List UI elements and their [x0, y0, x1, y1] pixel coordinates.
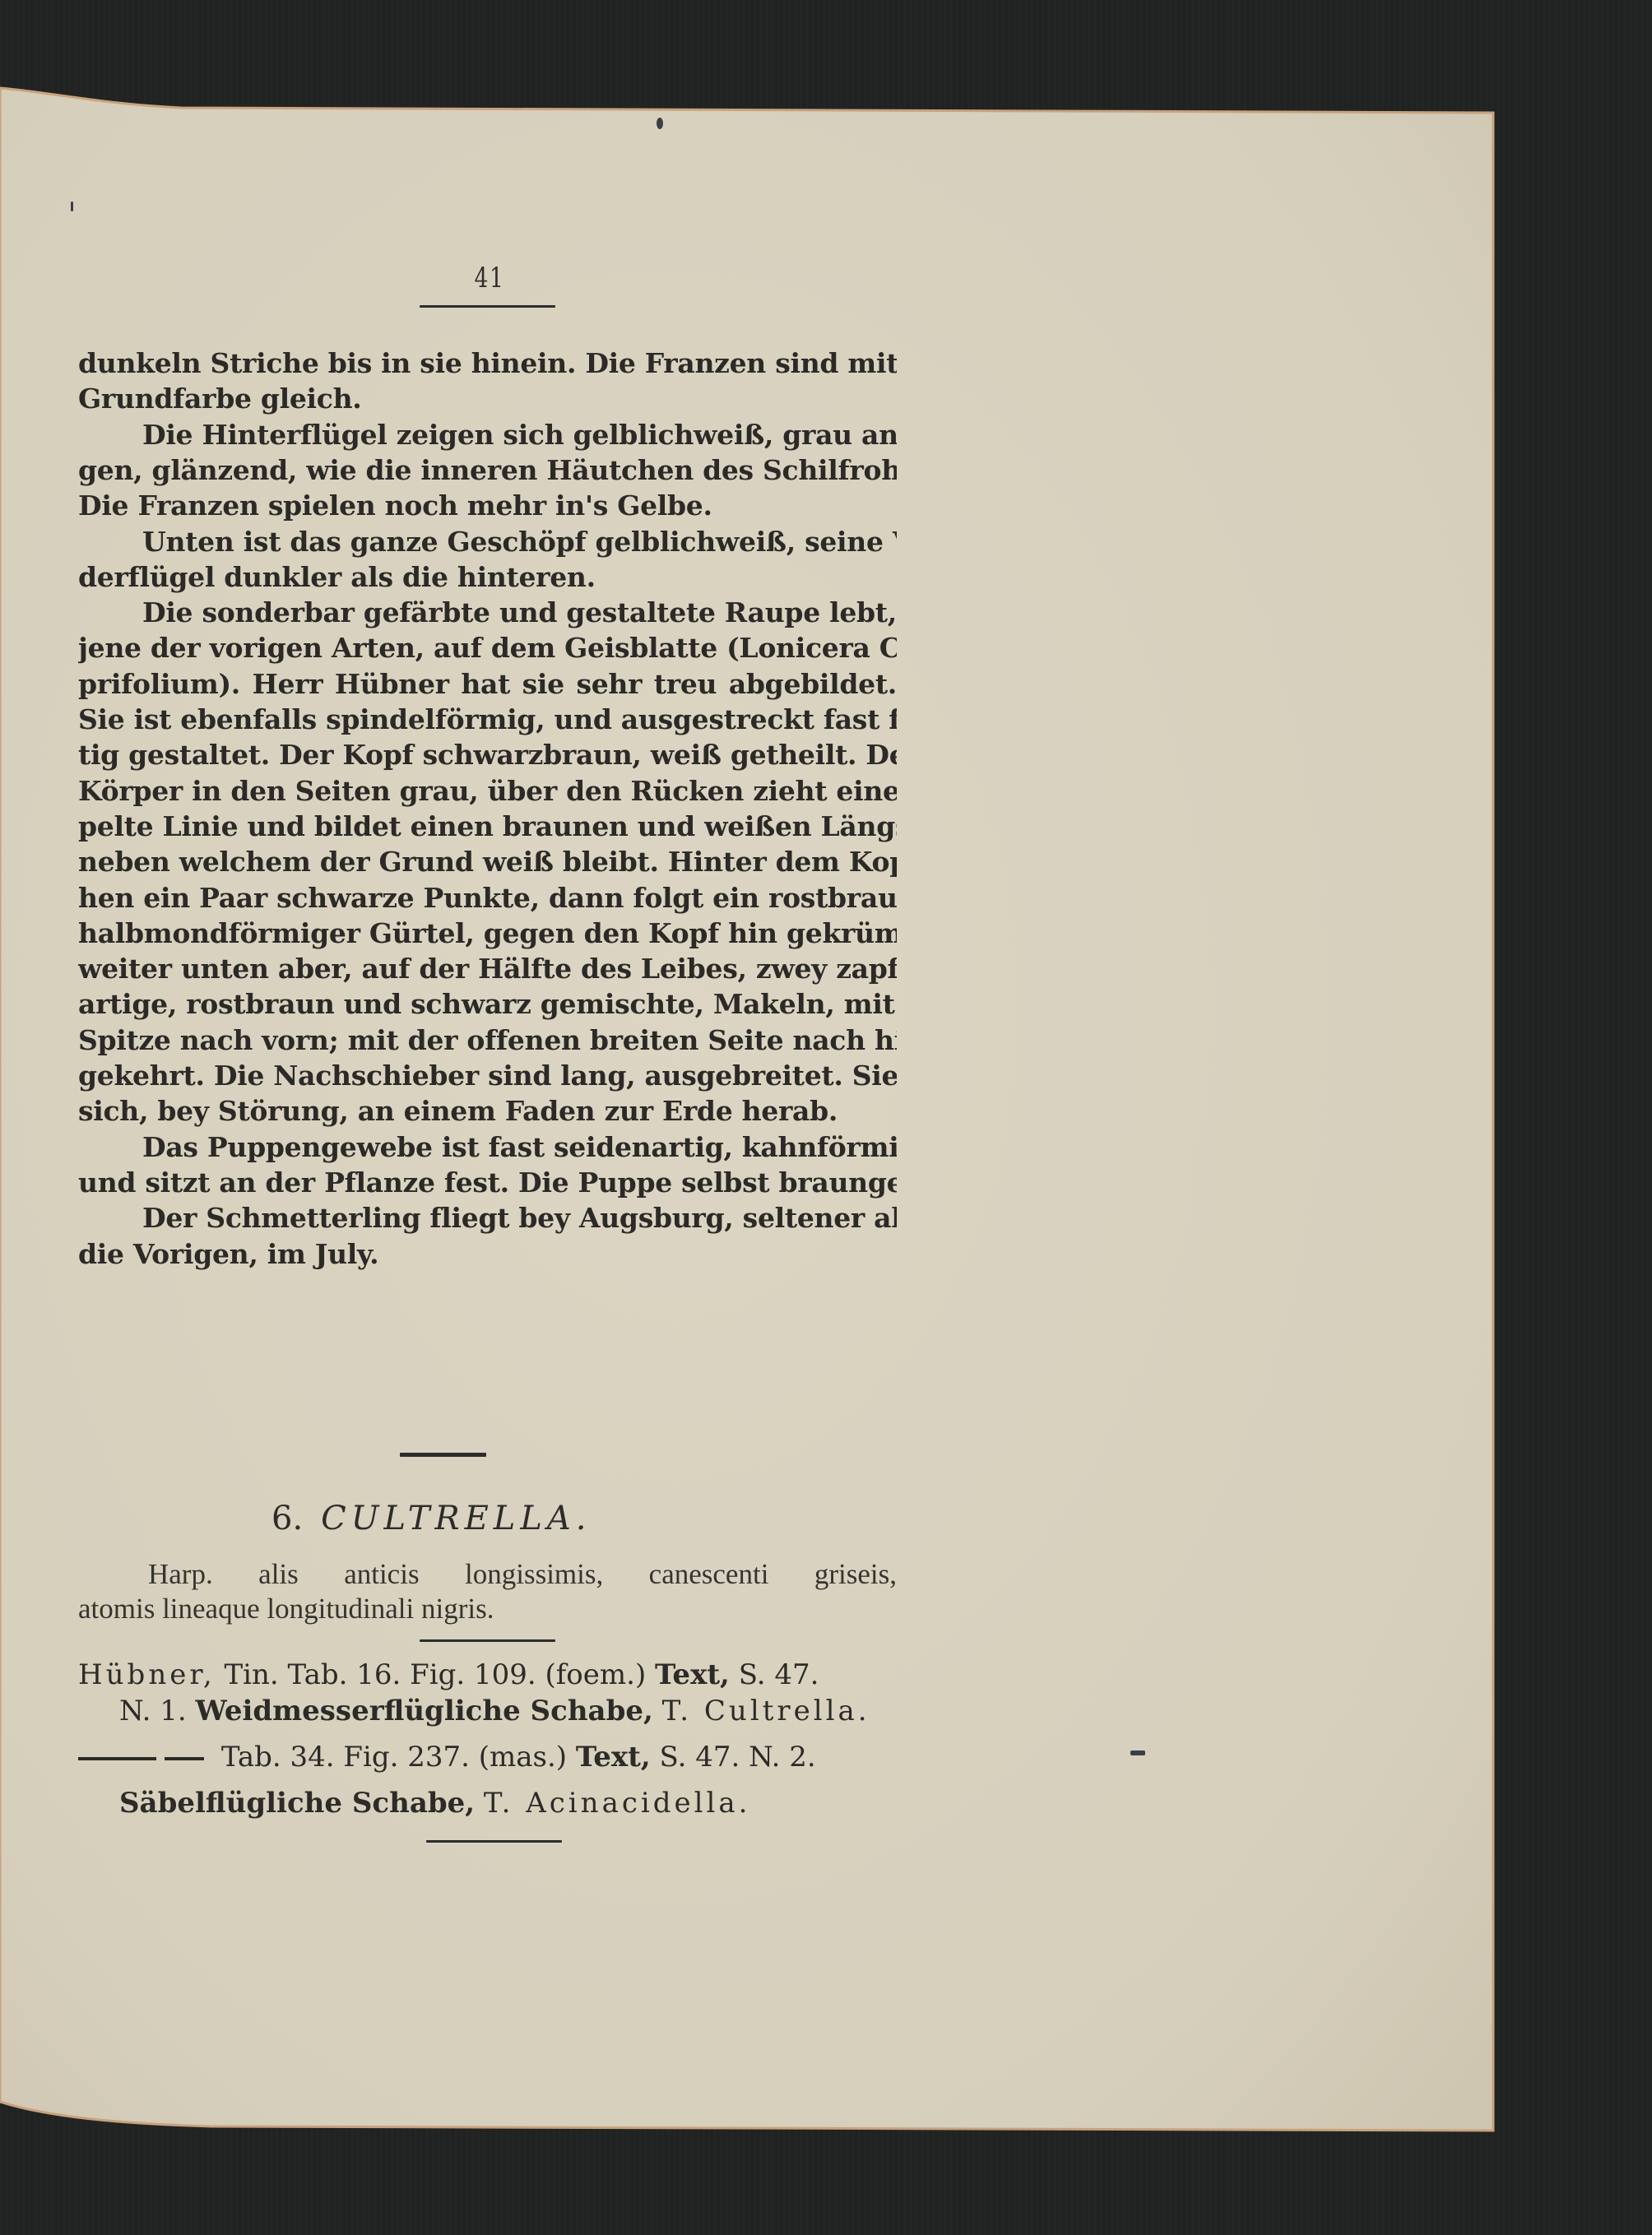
body-text-line: derflügel dunkler als die hinteren.	[78, 559, 897, 595]
footer-rule	[426, 1840, 562, 1843]
diagnosis-rule	[420, 1639, 555, 1642]
body-text-line: Körper in den Seiten grau, über den Rück…	[78, 773, 897, 809]
reference-citation: Tab. 34. Fig. 237. (mas.)	[221, 1741, 567, 1774]
body-text-line: gekehrt. Die Nachschieber sind lang, aus…	[78, 1058, 897, 1093]
body-text-line: pelte Linie und bildet einen braunen und…	[78, 809, 897, 844]
margin-mark	[71, 202, 73, 211]
body-text-line: jene der vorigen Arten, auf dem Geisblat…	[78, 630, 897, 665]
reference-citation: Tin. Tab. 16. Fig. 109. (foem.)	[224, 1658, 646, 1691]
body-text-line: Die Franzen spielen noch mehr in's Gelbe…	[78, 488, 897, 523]
body-text-line: sich, bey Störung, an einem Faden zur Er…	[78, 1093, 897, 1129]
reference-common-name: Weidmesserflügliche Schabe,	[195, 1695, 652, 1727]
ditto-dash-short	[165, 1757, 204, 1760]
reference-text-label: Text,	[655, 1658, 730, 1691]
reference-page: S. 47.	[739, 1658, 819, 1691]
body-text-line: gen, glänzend, wie die inneren Häutchen …	[78, 452, 897, 488]
reference-number: N. 1.	[119, 1695, 187, 1727]
reference-line-3: Tab. 34. Fig. 237. (mas.) Text, S. 47. N…	[78, 1738, 816, 1776]
species-title: CULTRELLA.	[321, 1500, 591, 1537]
body-text-line: Das Puppengewebe ist fast seidenartig, k…	[142, 1129, 897, 1165]
reference-line-1: Hübner, Tin. Tab. 16. Fig. 109. (foem.) …	[78, 1656, 819, 1694]
header-rule	[420, 305, 555, 308]
body-text-line: Der Schmetterling fliegt bey Augsburg, s…	[142, 1200, 897, 1236]
reference-text-label: Text,	[576, 1741, 651, 1774]
page-number: 41	[467, 262, 513, 294]
latin-diagnosis-line-2: atomis lineaque longitudinali nigris.	[78, 1592, 494, 1626]
body-text-line: Unten ist das ganze Geschöpf gelblichwei…	[142, 524, 897, 559]
body-text-line: und sitzt an der Pflanze fest. Die Puppe…	[78, 1165, 897, 1200]
body-text-line: Grundfarbe gleich.	[78, 381, 897, 416]
body-text-line: neben welchem der Grund weiß bleibt. Hin…	[78, 844, 897, 879]
reference-line-4: Säbelflügliche Schabe, T. Acinacidella.	[119, 1784, 750, 1822]
ink-speck	[657, 118, 663, 129]
reference-line-2: N. 1. Weidmesserflügliche Schabe, T. Cul…	[119, 1692, 870, 1730]
reference-page: S. 47. N. 2.	[660, 1741, 816, 1774]
body-text-line: Die sonderbar gefärbte und gestaltete Ra…	[142, 595, 897, 630]
body-text-line: hen ein Paar schwarze Punkte, dann folgt…	[78, 880, 897, 916]
ink-speck	[1130, 1750, 1145, 1755]
latin-diagnosis-line-1: Harp. alis anticis longissimis, canescen…	[148, 1557, 897, 1592]
body-text-line: tig gestaltet. Der Kopf schwarzbraun, we…	[78, 737, 897, 772]
species-number: 6.	[271, 1500, 303, 1537]
reference-common-name: Säbelflügliche Schabe,	[119, 1787, 475, 1820]
species-heading: 6.CULTRELLA.	[271, 1500, 592, 1537]
book-page: 41 dunkeln Striche bis in sie hinein. Di…	[0, 0, 1652, 2235]
body-text-line: Die Hinterflügel zeigen sich gelblichwei…	[142, 417, 897, 452]
body-text-line: Spitze nach vorn; mit der offenen breite…	[78, 1022, 897, 1058]
reference-species-name: T. Cultrella.	[662, 1695, 870, 1727]
body-text-line: artige, rostbraun und schwarz gemischte,…	[78, 986, 897, 1022]
reference-author: Hübner,	[78, 1658, 216, 1691]
body-text-line: weiter unten aber, auf der Hälfte des Le…	[78, 951, 897, 986]
body-text-line: prifolium). Herr Hübner hat sie sehr tre…	[78, 666, 897, 702]
ditto-dash-long	[78, 1757, 156, 1760]
body-text-line: dunkeln Striche bis in sie hinein. Die F…	[78, 345, 897, 381]
section-divider-rule	[400, 1453, 486, 1457]
body-text-line: halbmondförmiger Gürtel, gegen den Kopf …	[78, 916, 897, 951]
body-text-line: die Vorigen, im July.	[78, 1236, 897, 1272]
body-text-line: Sie ist ebenfalls spindelförmig, und aus…	[78, 702, 897, 737]
reference-species-name: T. Acinacidella.	[484, 1787, 751, 1820]
